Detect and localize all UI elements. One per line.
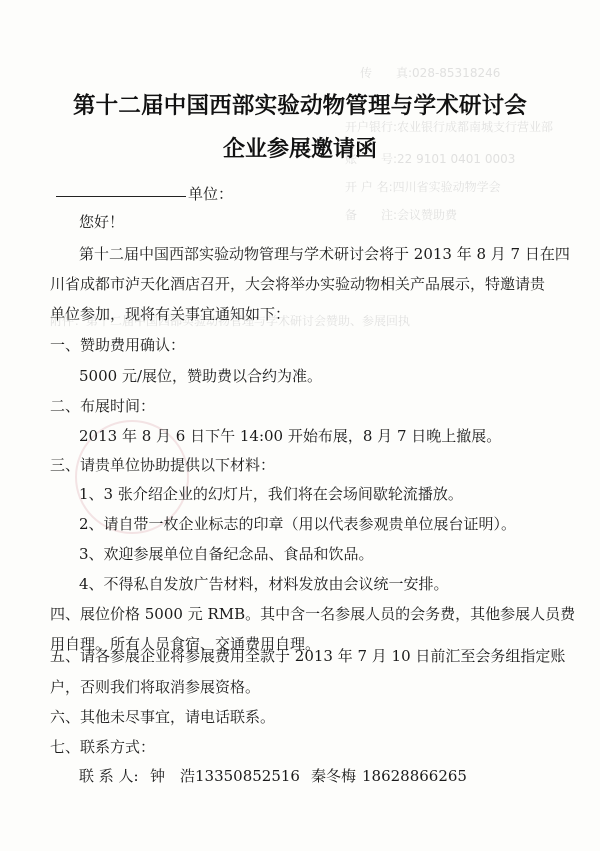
bleed-text: 开 户 名:四川省实验动物学会	[345, 178, 501, 195]
section-heading: 一、赞助费用确认：	[50, 335, 185, 355]
section-four: 四、展位价格 5000 元 RMB。其中含一名参展人员的会务费，其他参展人员费	[50, 604, 575, 624]
contact-label: 联 系 人:	[79, 766, 139, 786]
section-body: 2013 年 8 月 6 日下午 14:00 开始布展，8 月 7 日晚上撤展。	[79, 426, 501, 446]
intro-line: 单位参加，现将有关事宜通知如下：	[50, 304, 290, 324]
section-heading: 二、布展时间：	[50, 396, 155, 416]
document-subtitle: 企业参展邀请函	[0, 132, 600, 163]
contact-name: 钟 浩	[150, 766, 195, 786]
section-six: 六、其他未尽事宜，请电话联系。	[50, 707, 275, 727]
bleed-text: 传 真:028-85318246	[360, 64, 500, 81]
section-heading: 三、请贵单位协助提供以下材料：	[50, 455, 275, 475]
company-name-blank	[56, 196, 186, 197]
section-body: 5000 元/展位，赞助费以合约为准。	[79, 366, 322, 386]
section-heading: 七、联系方式：	[50, 737, 155, 757]
invitation-letter-page: 传 真:028-85318246 开户银行:农业银行成都南城支行营业部 账 号:…	[0, 0, 600, 851]
contact-name: 秦冬梅	[311, 766, 356, 786]
list-item: 2、请自带一枚企业标志的印章（用以代表参观贵单位展台证明）。	[79, 514, 516, 534]
bleed-text: 备 注:会议赞助费	[345, 206, 457, 223]
list-item: 1、3 张介绍企业的幻灯片，我们将在会场间歇轮流播放。	[79, 484, 463, 504]
list-item: 3、欢迎参展单位自备纪念品、食品和饮品。	[79, 544, 374, 564]
greeting: 您好！	[79, 212, 124, 232]
document-title: 第十二届中国西部实验动物管理与学术研讨会	[0, 88, 600, 120]
contact-phone: 18628866265	[362, 766, 467, 786]
section-five: 户，否则我们将取消参展资格。	[50, 677, 260, 697]
list-item: 4、不得私自发放广告材料，材料发放由会议统一安排。	[79, 574, 449, 594]
section-five: 五、请各参展企业将参展费用全款于 2013 年 7 月 10 日前汇至会务组指定…	[50, 646, 565, 666]
addressee-suffix: 单位：	[188, 184, 233, 204]
intro-line: 第十二届中国西部实验动物管理与学术研讨会将于 2013 年 8 月 7 日在四	[79, 244, 570, 264]
intro-line: 川省成都市泸天化酒店召开，大会将举办实验动物相关产品展示，特邀请贵	[50, 274, 545, 294]
contact-phone: 13350852516	[195, 766, 300, 786]
